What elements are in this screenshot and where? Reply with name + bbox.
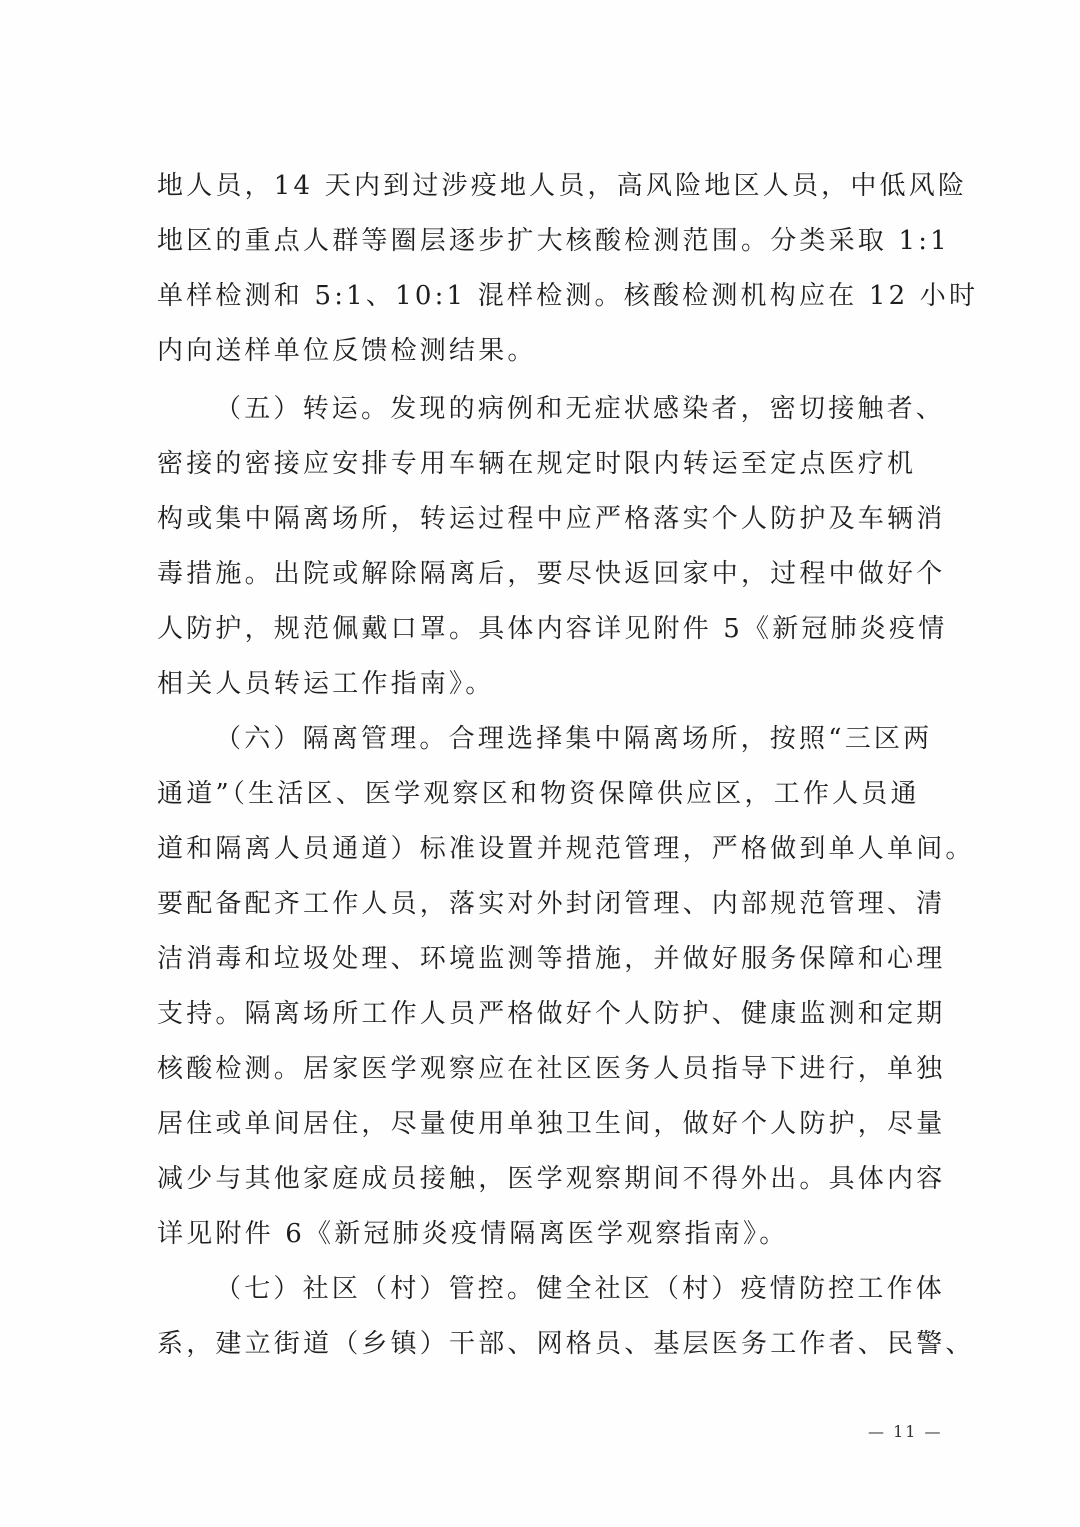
text-line: 密接的密接应安排专用车辆在规定时限内转运至定点医疗机 (157, 444, 957, 484)
section-heading-line: （五）转运。发现的病例和无症状感染者，密切接触者、 (215, 389, 1015, 429)
text-line: 地人员，14 天内到过涉疫地人员，高风险地区人员，中低风险 (157, 166, 957, 206)
text-line: 支持。隔离场所工作人员严格做好个人防护、健康监测和定期 (157, 994, 957, 1034)
text-line: 相关人员转运工作指南》。 (157, 664, 957, 704)
text-line: 减少与其他家庭成员接触，医学观察期间不得外出。具体内容 (157, 1159, 957, 1199)
text-line: 通道”（生活区、医学观察区和物资保障供应区，工作人员通 (157, 774, 957, 814)
page-number: — 11 — (868, 1422, 943, 1441)
text-line: 毒措施。出院或解除隔离后，要尽快返回家中，过程中做好个 (157, 554, 957, 594)
text-line: 人防护，规范佩戴口罩。具体内容详见附件 5《新冠肺炎疫情 (157, 609, 957, 649)
text-line: 居住或单间居住，尽量使用单独卫生间，做好个人防护，尽量 (157, 1104, 957, 1144)
text-line: 内向送样单位反馈检测结果。 (157, 331, 957, 371)
text-line: 单样检测和 5:1、10:1 混样检测。核酸检测机构应在 12 小时 (157, 276, 957, 316)
text-line: 地区的重点人群等圈层逐步扩大核酸检测范围。分类采取 1:1 (157, 221, 957, 261)
text-line: 构或集中隔离场所，转运过程中应严格落实个人防护及车辆消 (157, 499, 957, 539)
text-line: 道和隔离人员通道）标准设置并规范管理，严格做到单人单间。 (157, 829, 957, 869)
text-line: 要配备配齐工作人员，落实对外封闭管理、内部规范管理、清 (157, 884, 957, 924)
document-page: 地人员，14 天内到过涉疫地人员，高风险地区人员，中低风险 地区的重点人群等圈层… (0, 0, 1080, 1527)
section-heading-line: （六）隔离管理。合理选择集中隔离场所，按照“三区两 (215, 719, 1015, 759)
text-line: 详见附件 6《新冠肺炎疫情隔离医学观察指南》。 (157, 1214, 957, 1254)
section-heading-line: （七）社区（村）管控。健全社区（村）疫情防控工作体 (215, 1269, 1015, 1309)
text-line: 洁消毒和垃圾处理、环境监测等措施，并做好服务保障和心理 (157, 939, 957, 979)
text-line: 核酸检测。居家医学观察应在社区医务人员指导下进行，单独 (157, 1049, 957, 1089)
text-line: 系，建立街道（乡镇）干部、网格员、基层医务工作者、民警、 (157, 1324, 957, 1364)
